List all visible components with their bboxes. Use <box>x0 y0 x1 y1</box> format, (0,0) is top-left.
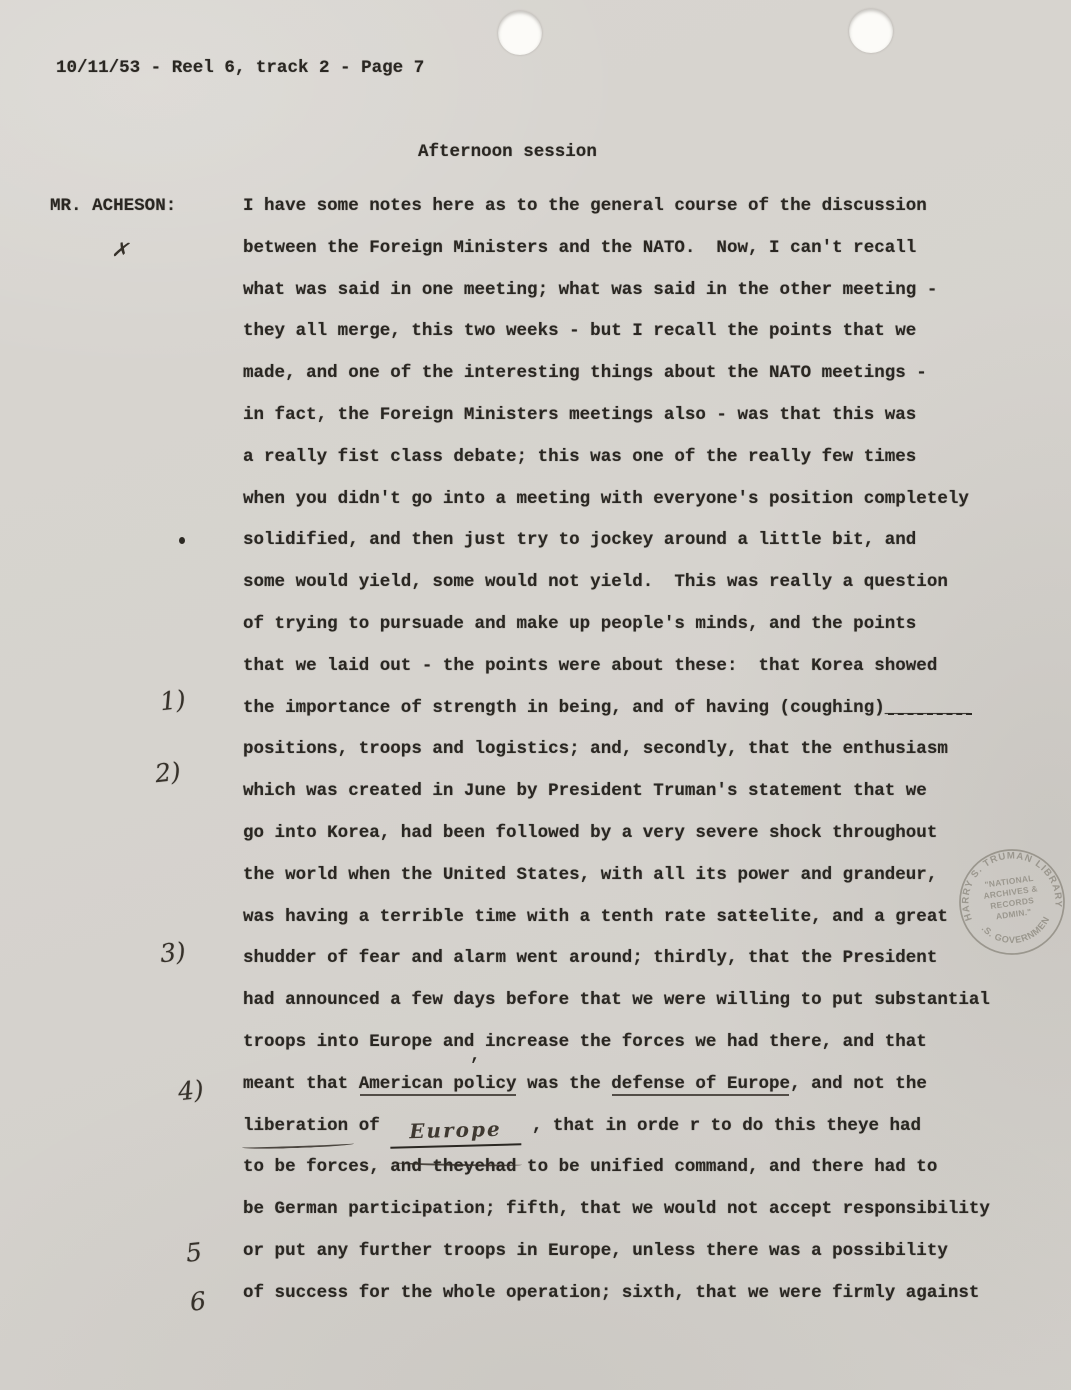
typed-text: meant that <box>243 1074 359 1094</box>
transcript-line: was having a terrible time with a tenth … <box>243 897 990 939</box>
transcript-line: of trying to pursuade and make up people… <box>243 604 990 646</box>
typed-text: they all merge, this two weeks - but I r… <box>243 321 916 341</box>
margin-mark-number: 5 <box>185 1237 204 1268</box>
scanned-transcript-page: 10/11/53 - Reel 6, track 2 - Page 7 Afte… <box>0 0 1071 1390</box>
typed-text: which was created in June by President T… <box>243 781 927 801</box>
typed-text: go into Korea, had been followed by a ve… <box>243 823 937 843</box>
pen-underlined-text: American policy <box>359 1074 517 1094</box>
typed-text: in fact, the Foreign Ministers meetings … <box>243 405 916 425</box>
typed-text: to be forces, and theyehad to be unified… <box>243 1157 937 1177</box>
page-header: 10/11/53 - Reel 6, track 2 - Page 7 <box>56 58 424 78</box>
margin-mark-dashes <box>888 713 972 715</box>
transcript-line: shudder of fear and alarm went around; t… <box>243 938 990 980</box>
typed-text: positions, troops and logistics; and, se… <box>243 739 948 759</box>
typed-text: what was said in one meeting; what was s… <box>243 280 937 300</box>
transcript-line: a really fist class debate; this was one… <box>243 437 990 479</box>
margin-mark-number: 6 <box>189 1286 208 1317</box>
transcript-line: in fact, the Foreign Ministers meetings … <box>243 395 990 437</box>
typed-text: of success for the whole operation; sixt… <box>243 1283 979 1303</box>
transcript-line: some would yield, some would not yield. … <box>243 562 990 604</box>
punch-hole-left <box>498 11 542 55</box>
transcript-line: what was said in one meeting; what was s… <box>243 270 990 312</box>
pen-underlined-text: defense of Europe <box>611 1074 790 1094</box>
typed-text: , and not the <box>790 1074 927 1094</box>
typed-text: solidified, and then just try to jockey … <box>243 530 916 550</box>
margin-mark-number: 2) <box>154 757 183 789</box>
typed-text: when you didn't go into a meeting with e… <box>243 489 969 509</box>
transcript-line: to be forces, and theyehad to be unified… <box>243 1147 990 1189</box>
transcript-line: or put any further troops in Europe, unl… <box>243 1231 990 1273</box>
typed-text: shudder of fear and alarm went around; t… <box>243 948 937 968</box>
section-title: Afternoon session <box>418 142 597 162</box>
typed-text: troops into Europe and increase the forc… <box>243 1032 927 1052</box>
transcript-line: they all merge, this two weeks - but I r… <box>243 311 990 353</box>
transcript-line: between the Foreign Ministers and the NA… <box>243 228 990 270</box>
typed-text: had announced a few days before that we … <box>243 990 990 1010</box>
typed-text: was having a terrible time with a tenth … <box>243 907 948 927</box>
transcript-line: meant that American policy was the defen… <box>243 1064 990 1106</box>
margin-mark-number: 3) <box>159 937 188 969</box>
typed-text: the importance of strength in being, and… <box>243 698 969 718</box>
typed-text: be German participation; fifth, that we … <box>243 1199 990 1219</box>
typed-text: , that in orde r to do this theye had <box>521 1116 921 1136</box>
transcript-line: the world when the United States, with a… <box>243 855 990 897</box>
typed-text: between the Foreign Ministers and the NA… <box>243 238 916 258</box>
transcript-line: I have some notes here as to the general… <box>243 186 990 228</box>
margin-mark-number: 1) <box>159 685 188 717</box>
transcript-line: that we laid out - the points were about… <box>243 646 990 688</box>
typed-text: some would yield, some would not yield. … <box>243 572 948 592</box>
transcript-line: had announced a few days before that we … <box>243 980 990 1022</box>
typed-text: of trying to pursuade and make up people… <box>243 614 916 634</box>
transcript-line: the importance of strength in being, and… <box>243 688 990 730</box>
punch-hole-right <box>849 9 893 53</box>
typed-text: made, and one of the interesting things … <box>243 363 927 383</box>
transcript-line: be German participation; fifth, that we … <box>243 1189 990 1231</box>
transcript-line: go into Korea, had been followed by a ve… <box>243 813 990 855</box>
margin-mark-dot <box>179 537 185 544</box>
transcript-line: made, and one of the interesting things … <box>243 353 990 395</box>
typed-text: was the <box>517 1074 612 1094</box>
typed-text: a really fist class debate; this was one… <box>243 447 916 467</box>
margin-mark-typed: , <box>470 1046 481 1066</box>
transcript-body: I have some notes here as to the general… <box>243 186 990 1315</box>
transcript-line: solidified, and then just try to jockey … <box>243 520 990 562</box>
transcript-line: liberation of Europe , that in orde r to… <box>243 1106 990 1148</box>
typed-text: the world when the United States, with a… <box>243 865 937 885</box>
speaker-label: MR. ACHESON: <box>50 186 176 228</box>
margin-mark-number: 4) <box>177 1075 206 1107</box>
transcript-line: positions, troops and logistics; and, se… <box>243 729 990 771</box>
typed-text: or put any further troops in Europe, unl… <box>243 1241 948 1261</box>
transcript-line: of success for the whole operation; sixt… <box>243 1273 990 1315</box>
typed-text: that we laid out - the points were about… <box>243 656 937 676</box>
handwritten-word: Europe <box>390 1116 522 1148</box>
typed-text: liberation of <box>243 1116 390 1136</box>
typed-text: I have some notes here as to the general… <box>243 196 927 216</box>
transcript-line: which was created in June by President T… <box>243 771 990 813</box>
transcript-line: troops into Europe and increase the forc… <box>243 1022 990 1064</box>
margin-mark-star: ✗ <box>110 237 134 263</box>
archives-stamp-icon: HARRY S. TRUMAN LIBRARY U.S. GOVERNMENT … <box>939 829 1071 976</box>
transcript-line: when you didn't go into a meeting with e… <box>243 479 990 521</box>
